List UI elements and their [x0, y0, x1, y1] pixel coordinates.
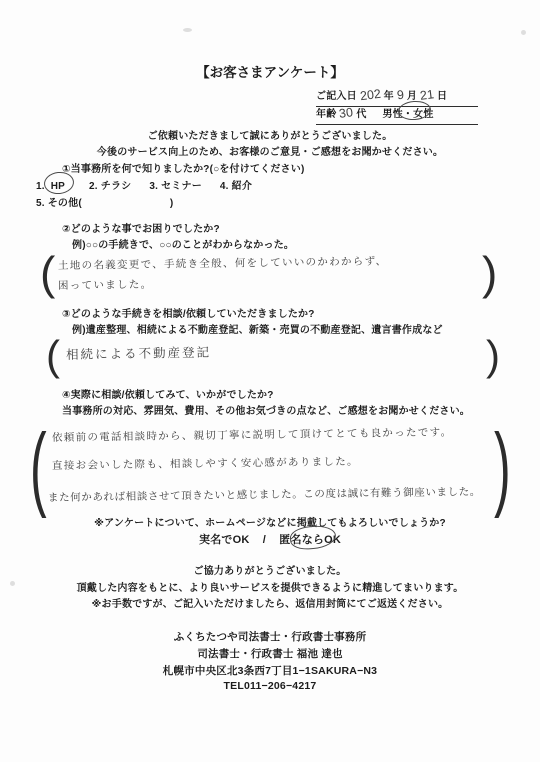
q1-option5-close-paren: )	[170, 198, 174, 209]
office-representative: 司法書士・行政書士 福池 達也	[0, 646, 540, 661]
q1-option5-row: 5. その他()	[36, 194, 173, 209]
office-address: 札幌市中央区北3条西7丁目1−1SAKURA−N3	[0, 663, 540, 678]
q2-question: ②どのような事でお困りでしたか?	[62, 220, 220, 235]
age-gender-row: 年齢30代男性・女性	[316, 104, 478, 125]
scan-speck	[521, 30, 526, 35]
q1-option4-referral: 4. 紹介	[220, 181, 252, 192]
publish-real-name-option: 実名でOK	[199, 534, 250, 546]
survey-page: 【お客さまアンケート】 ご記入日202年9月21日 年齢30代男性・女性 ご依頼…	[0, 0, 540, 762]
publish-choice-row: 実名でOK / 匿名ならOK	[0, 531, 540, 547]
closing-line-2: ※お手数ですが、ご記入いただけましたら、返信用封筒にてご返送ください。	[0, 595, 540, 610]
q4-question: ④実際に相談/依頼してみて、いかがでしたか?	[62, 386, 274, 401]
office-name: ふくちたつや司法書士・行政書士事務所	[0, 629, 540, 644]
q2-answer-handwritten-line1: 土地の名義変更で、手続き全般、何をしていいのかわからず、	[58, 253, 388, 273]
closing-line-1: 頂戴した内容をもとに、より良いサービスを提供できるように精進してまいります。	[0, 579, 540, 594]
q1-option3-seminar: 3. セミナー	[149, 181, 202, 192]
intro-line-2: 今後のサービス向上のため、お客様のご意見・ご感想をお聞かせください。	[0, 143, 540, 158]
intro-line-1: ご依頼いただきまして誠にありがとうございました。	[0, 127, 540, 142]
q2-answer-handwritten-line2: 困っていました。	[58, 277, 153, 293]
q4-open-bracket: (	[30, 421, 47, 514]
age-label: 年齢	[316, 109, 336, 120]
publish-separator: /	[263, 534, 266, 546]
year-suffix: 年	[384, 91, 394, 102]
q2-example: 例)○○の手続きで、○○のことがわからなかった。	[72, 236, 294, 251]
q4-answer-handwritten-line2: 直接お会いした際も、相談しやすく安心感がありました。	[52, 454, 359, 473]
day-suffix: 日	[437, 91, 447, 102]
q3-open-bracket: (	[46, 335, 60, 377]
q1-option2-flyer: 2. チラシ	[89, 181, 131, 192]
q2-close-bracket: )	[482, 250, 497, 296]
date-year-handwritten: 202	[359, 87, 381, 103]
date-month-handwritten: 9	[396, 88, 405, 103]
q3-close-bracket: )	[486, 335, 500, 377]
age-suffix: 代	[356, 109, 366, 120]
q4-subtext: 当事務所の対応、雰囲気、費用、その他お気づきの点など、ご感想をお聞かせください。	[62, 402, 470, 417]
date-day-handwritten: 21	[419, 87, 435, 103]
page-title: 【お客さまアンケート】	[0, 61, 540, 81]
q2-open-bracket: (	[40, 250, 55, 296]
q4-answer-handwritten-line1: 依頼前の電話相談時から、親切丁寧に説明して頂けてとても良かったです。	[52, 424, 453, 445]
q3-answer-handwritten: 相続による不動産登記	[66, 342, 211, 363]
q3-question: ③どのような手続きを相談/依頼していただきましたか?	[62, 305, 315, 320]
scan-speck	[183, 28, 192, 32]
date-label: ご記入日	[316, 91, 357, 102]
q3-example: 例)遺産整理、相続による不動産登記、新築・売買の不動産登記、遺言書作成など	[72, 321, 443, 336]
publish-question: ※アンケートについて、ホームページなどに掲載してもよろしいでしょうか?	[0, 514, 540, 529]
closing-thanks: ご協力ありがとうございました。	[0, 562, 540, 577]
q4-answer-handwritten-line3: また何かあれば相談させて頂きたいと感じました。この度は誠に有難う御座いました。	[48, 484, 481, 505]
q1-option5-other: 5. その他(	[36, 198, 82, 209]
q1-question: ①当事務所を何で知りましたか?(○を付けてください)	[62, 160, 304, 175]
q4-close-bracket: )	[494, 421, 511, 514]
age-value-handwritten: 30	[339, 105, 355, 121]
office-tel: TEL011−206−4217	[0, 680, 540, 692]
